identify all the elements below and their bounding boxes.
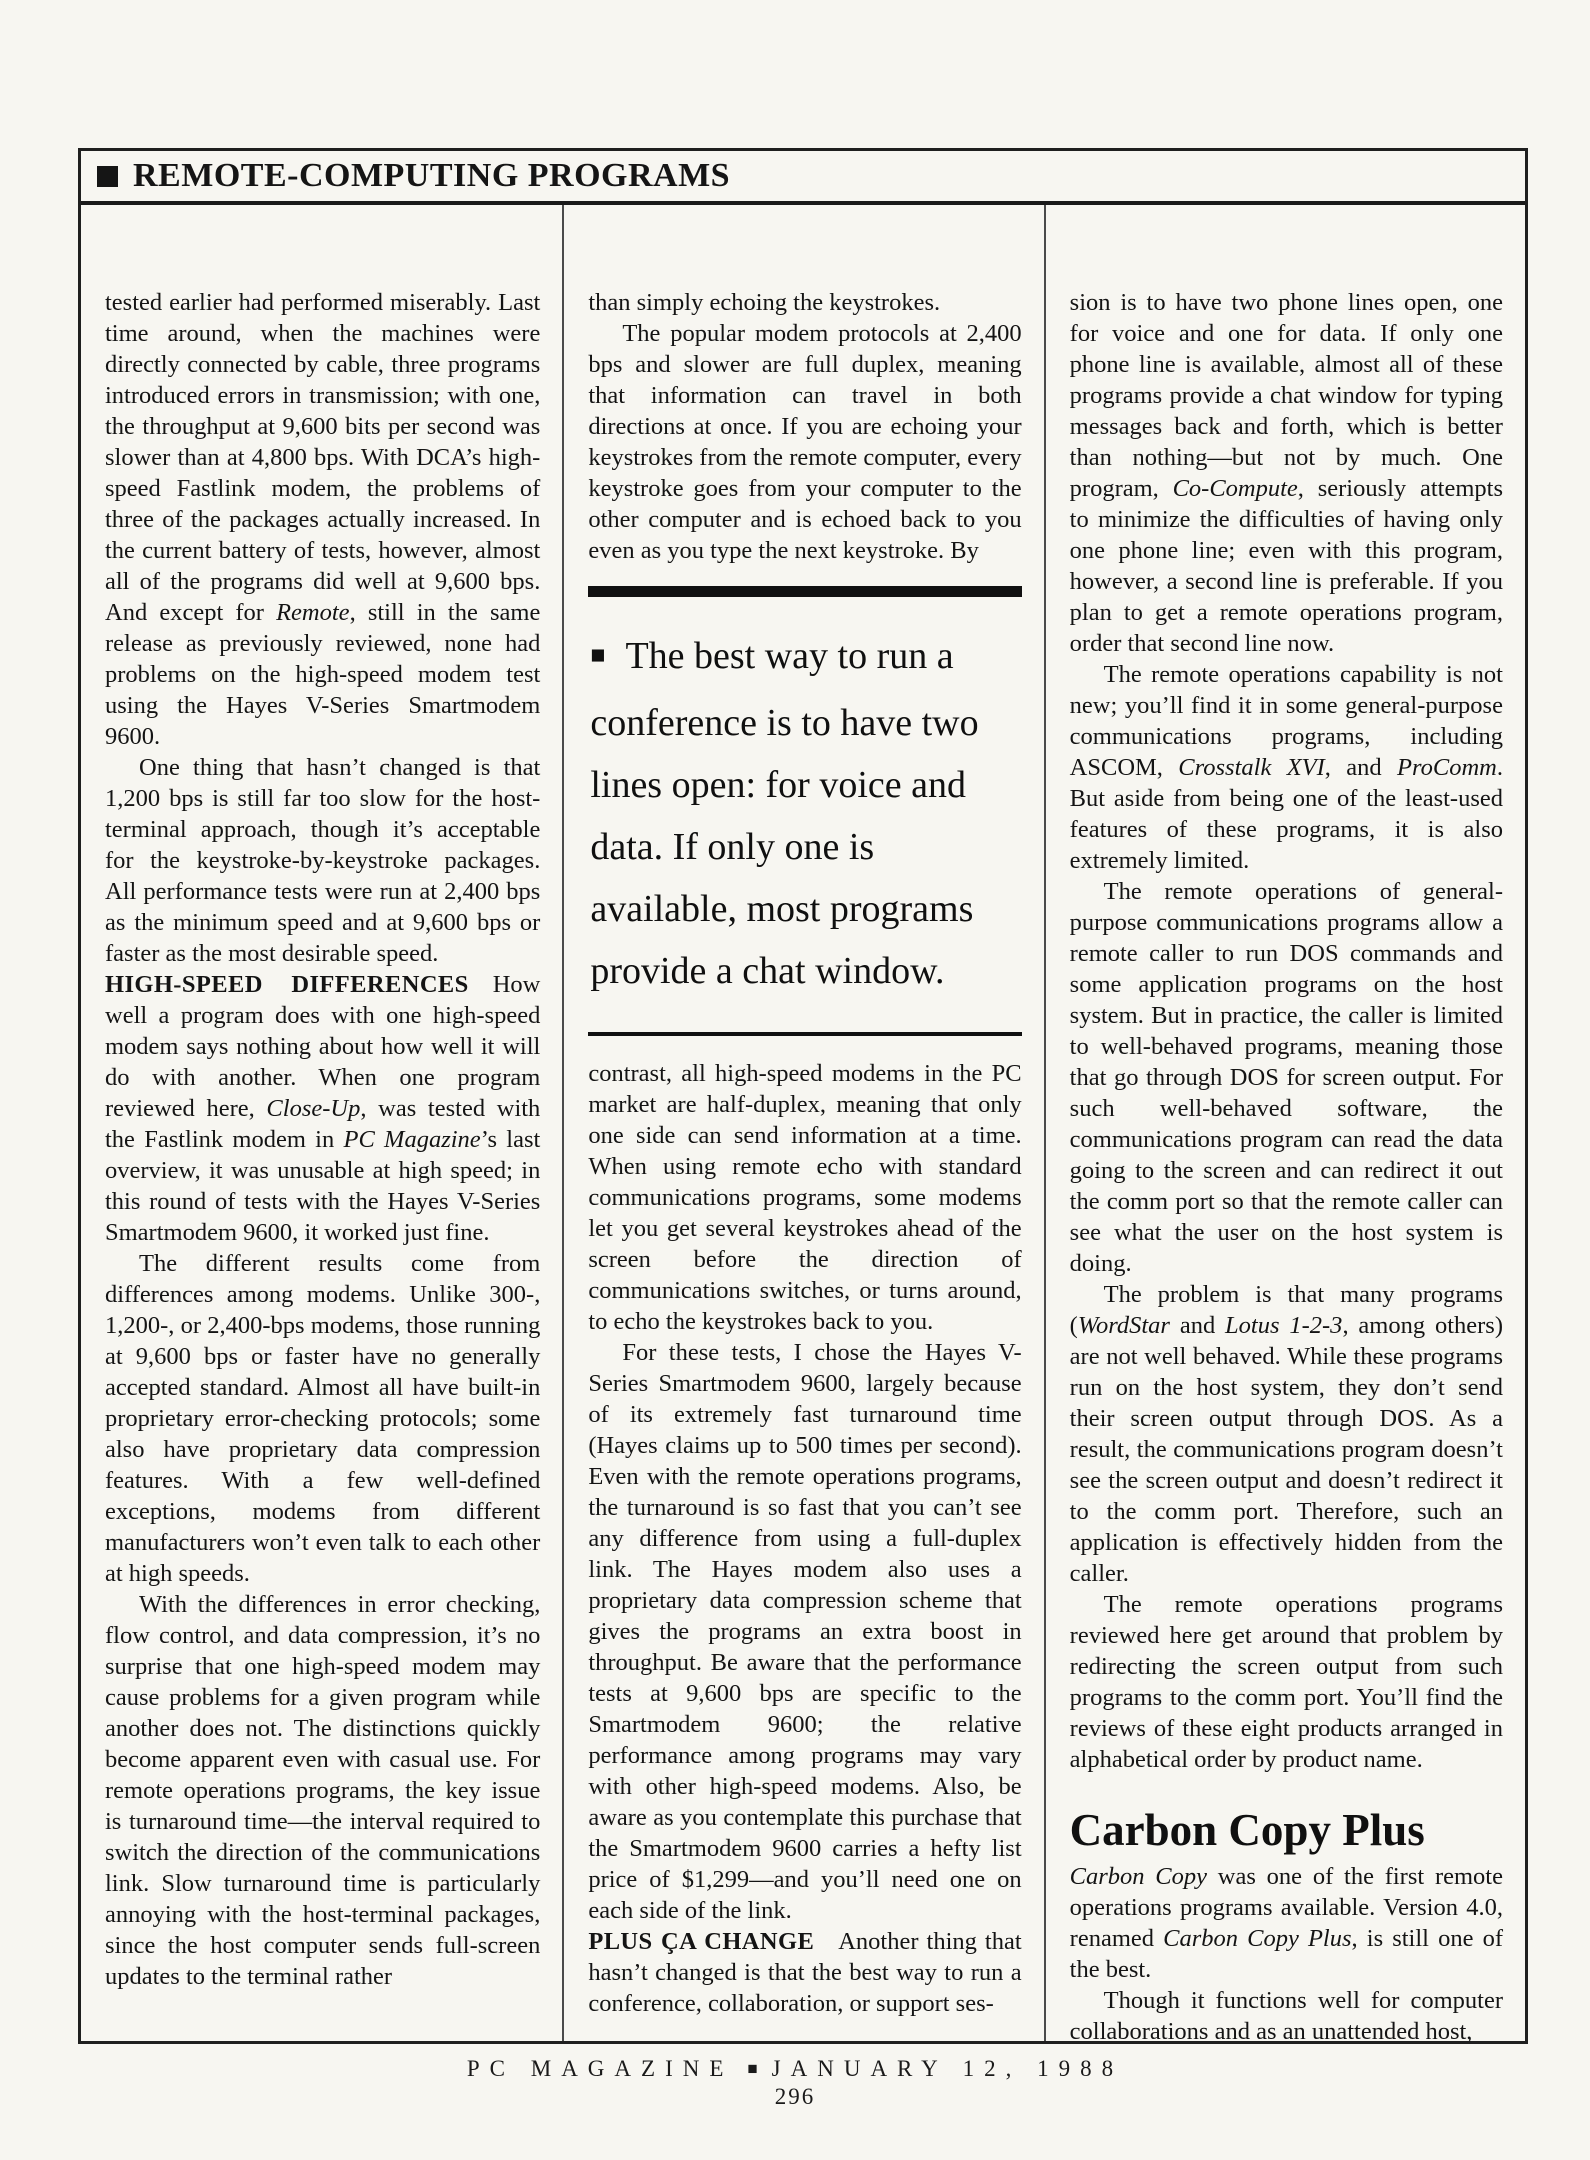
text-run: than simply echoing the keystrokes. [588,289,940,316]
italic-text-run: Remote [276,599,349,626]
paragraph: contrast, all high-speed modems in the P… [588,1058,1021,1337]
paragraph: The remote operations of general-purpose… [1070,876,1503,1279]
italic-text-run: PC Magazine [343,1126,480,1153]
text-run: , seriously attempts to minimize the dif… [1070,475,1503,657]
text-run: The remote operations programs reviewed … [1070,1591,1503,1773]
text-run: contrast, all high-speed modems in the P… [588,1060,1021,1335]
article-column-3: sion is to have two phone lines open, on… [1044,205,1525,2041]
paragraph: The popular modem protocols at 2,400 bps… [588,318,1021,566]
italic-text-run: Carbon Copy Plus [1163,1925,1351,1952]
runin-heading: PLUS ÇA CHANGE [588,1928,814,1955]
text-run: The best way to run a conference is to h… [590,635,978,992]
article-columns: tested earlier had performed miserably. … [81,205,1525,2041]
paragraph: The different results come from differen… [105,1248,540,1589]
pull-quote: ■The best way to run a conference is to … [588,586,1021,1036]
paragraph: Though it functions well for computer co… [1070,1985,1503,2041]
text-run: and [1170,1312,1225,1339]
paragraph: The remote operations capability is not … [1070,659,1503,876]
text-run: The popular modem protocols at 2,400 bps… [588,320,1021,564]
paragraph: With the differences in error checking, … [105,1589,540,1992]
italic-text-run: Lotus 1-2-3 [1225,1312,1342,1339]
article-column-2: than simply echoing the keystrokes.The p… [562,205,1043,2041]
square-bullet-icon: ■ [590,625,605,687]
footer-issue-date: JANUARY 12, 1988 [772,2056,1123,2081]
paragraph: The problem is that many programs (WordS… [1070,1279,1503,1589]
text-run: , and [1325,754,1397,781]
paragraph: One thing that hasn’t changed is that 1,… [105,752,540,969]
paragraph-with-runin-heading: PLUS ÇA CHANGEAnother thing that hasn’t … [588,1926,1021,2019]
italic-text-run: Co-Compute [1173,475,1298,502]
page-footer: PC MAGAZINE■JANUARY 12, 1988 296 [0,2056,1590,2110]
article-kicker-title: REMOTE-COMPUTING PROGRAMS [133,157,730,195]
text-run: For these tests, I chose the Hayes V-Ser… [588,1339,1021,1924]
text-run: With the differences in error checking, … [105,1591,540,1990]
magazine-page: REMOTE-COMPUTING PROGRAMS tested earlier… [0,0,1590,2160]
text-run: sion is to have two phone lines open, on… [1070,289,1503,502]
footer-folio-line: PC MAGAZINE■JANUARY 12, 1988 [0,2056,1590,2082]
runin-heading: HIGH-SPEED DIFFERENCES [105,971,469,998]
italic-text-run: Close-Up [266,1095,360,1122]
square-bullet-icon: ■ [747,2059,757,2079]
paragraph: Carbon Copy was one of the first remote … [1070,1861,1503,1985]
paragraph: sion is to have two phone lines open, on… [1070,287,1503,659]
paragraph-with-runin-heading: HIGH-SPEED DIFFERENCESHow well a program… [105,969,540,1248]
italic-text-run: ProComm [1397,754,1497,781]
italic-text-run: Crosstalk XVI [1178,754,1324,781]
paragraph: than simply echoing the keystrokes. [588,287,1021,318]
article-header: REMOTE-COMPUTING PROGRAMS [81,151,1525,205]
text-run: tested earlier had performed miserably. … [105,289,540,626]
page-number: 296 [0,2084,1590,2110]
italic-text-run: Carbon Copy [1070,1863,1207,1890]
paragraph: The remote operations programs reviewed … [1070,1589,1503,1775]
paragraph: For these tests, I chose the Hayes V-Ser… [588,1337,1021,1926]
text-run: , among others) are not well behaved. Wh… [1070,1312,1503,1587]
text-run: The remote operations of general-purpose… [1070,878,1503,1277]
footer-magazine-name: PC MAGAZINE [467,2056,734,2081]
text-run: Though it functions well for computer co… [1070,1987,1503,2041]
square-bullet-icon [97,166,118,187]
paragraph: tested earlier had performed miserably. … [105,287,540,752]
article-column-1: tested earlier had performed miserably. … [81,205,562,2041]
article-frame: REMOTE-COMPUTING PROGRAMS tested earlier… [78,148,1528,2044]
text-run: One thing that hasn’t changed is that 1,… [105,754,540,967]
italic-text-run: WordStar [1078,1312,1170,1339]
section-heading: Carbon Copy Plus [1070,1805,1503,1855]
text-run: The different results come from differen… [105,1250,540,1587]
